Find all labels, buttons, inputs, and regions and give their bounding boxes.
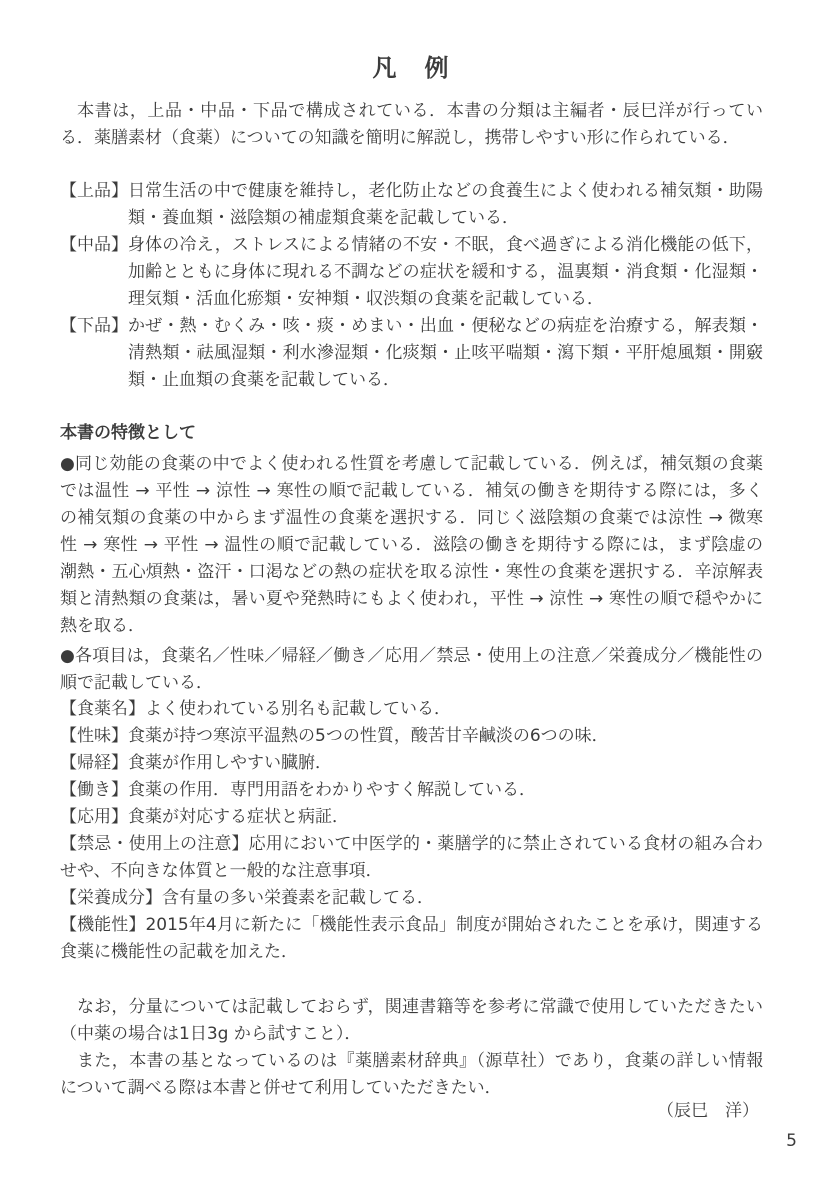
author-signature: （辰巳 洋）: [60, 1098, 763, 1125]
feature-bullet-ordering: ●同じ効能の食薬の中でよく使われる性質を考慮して記載している．例えば，補気類の食…: [60, 451, 763, 640]
page-number: 5: [786, 1128, 797, 1155]
grade-entry-gehin: 【下品】 かぜ・熱・むくみ・咳・痰・めまい・出血・便秘などの病症を治療する，解表…: [60, 313, 763, 394]
feature-bullet-structure: ●各項目は，食薬名／性味／帰経／働き／応用／禁忌・使用上の注意／栄養成分／機能性…: [60, 643, 763, 697]
grade-label-gehin: 【下品】: [60, 313, 128, 340]
item-def-kikei: 【帰経】食薬が作用しやすい臓腑．: [60, 750, 763, 777]
item-def-kinki: 【禁忌・使用上の注意】応用において中医学的・薬膳学的に禁止されている食材の組み合…: [60, 831, 763, 885]
item-def-hataraki: 【働き】食薬の作用．専門用語をわかりやすく解説している．: [60, 777, 763, 804]
grade-entry-jouhin: 【上品】 日常生活の中で健康を維持し，老化防止などの食養生によく使われる補気類・…: [60, 178, 763, 232]
features-heading: 本書の特徴として: [60, 420, 763, 447]
grade-entry-chuuhin: 【中品】 身体の冷え，ストレスによる情緒の不安・不眠，食べ過ぎによる消化機能の低…: [60, 232, 763, 313]
closing-notes: なお，分量については記載しておらず，関連書籍等を参考に常識で使用していただきたい…: [60, 994, 763, 1102]
item-def-kinousei: 【機能性】2015年4月に新たに「機能性表示食品」制度が開始されたことを承け，関…: [60, 912, 763, 966]
item-def-ouyou: 【応用】食薬が対応する症状と病証．: [60, 804, 763, 831]
grade-entries: 【上品】 日常生活の中で健康を維持し，老化防止などの食養生によく使われる補気類・…: [60, 178, 763, 394]
grade-label-chuuhin: 【中品】: [60, 232, 128, 259]
item-def-shokuyakumei: 【食薬名】よく使われている別名も記載している．: [60, 696, 763, 723]
grade-text-jouhin: 日常生活の中で健康を維持し，老化防止などの食養生によく使われる補気類・助陽類・養…: [128, 178, 763, 232]
intro-paragraph: 本書は，上品・中品・下品で構成されている．本書の分類は主編者・辰巳洋が行っている…: [60, 98, 763, 152]
item-def-seimi: 【性味】食薬が持つ寒涼平温熱の5つの性質，酸苦甘辛鹹淡の6つの味．: [60, 723, 763, 750]
page-title: 凡 例: [60, 48, 763, 83]
note-source-book: また，本書の基となっているのは『薬膳素材辞典』（源草社）であり，食薬の詳しい情報…: [60, 1048, 763, 1102]
document-page: 凡 例 本書は，上品・中品・下品で構成されている．本書の分類は主編者・辰巳洋が行…: [0, 0, 830, 1178]
grade-label-jouhin: 【上品】: [60, 178, 128, 205]
grade-text-chuuhin: 身体の冷え，ストレスによる情緒の不安・不眠，食べ過ぎによる消化機能の低下，加齢と…: [128, 232, 763, 313]
note-dosage: なお，分量については記載しておらず，関連書籍等を参考に常識で使用していただきたい…: [60, 994, 763, 1048]
item-def-eiyouseibun: 【栄養成分】含有量の多い栄養素を記載してる．: [60, 885, 763, 912]
grade-text-gehin: かぜ・熱・むくみ・咳・痰・めまい・出血・便秘などの病症を治療する，解表類・清熱類…: [128, 313, 763, 394]
item-definitions: 【食薬名】よく使われている別名も記載している． 【性味】食薬が持つ寒涼平温熱の5…: [60, 696, 763, 966]
